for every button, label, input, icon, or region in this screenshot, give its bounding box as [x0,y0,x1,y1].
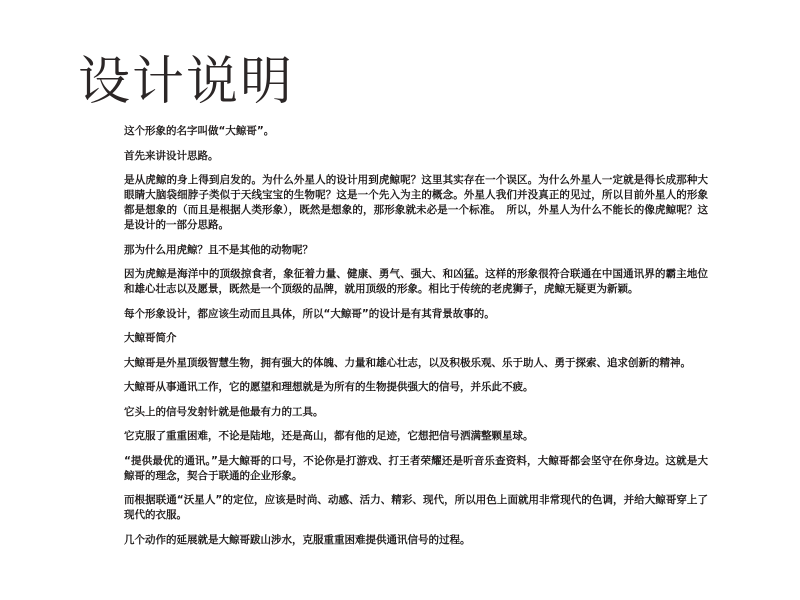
paragraph-slogan: “提供最优的通讯。”是大鲸哥的口号，不论你是打游戏、打王者荣耀还是听音乐查资料，… [124,454,708,484]
paragraph-signal-antenna: 它头上的信号发射针就是他最有力的工具。 [124,405,708,420]
section-heading-profile: 大鲸哥简介 [124,331,708,346]
paragraph-profile-description: 大鲸哥是外星顶级智慧生物，拥有强大的体魄、力量和雄心壮志，以及积极乐观、乐于助人… [124,356,708,371]
paragraph-why-orca-answer: 因为虎鲸是海洋中的顶级掠食者，象征着力量、健康、勇气、强大、和凶猛。这样的形象很… [124,267,708,297]
paragraph-name-intro: 这个形象的名字叫做“大鲸哥”。 [124,124,708,139]
paragraph-communication-work: 大鲸哥从事通讯工作，它的愿望和理想就是为所有的生物提供强大的信号，并乐此不疲。 [124,380,708,395]
paragraph-orca-inspiration: 是从虎鲸的身上得到启发的。为什么外星人的设计用到虎鲸呢？这里其实存在一个误区。为… [124,173,708,233]
page-title: 设计说明 [78,50,294,114]
paragraph-color-positioning: 而根据联通“沃星人”的定位，应该是时尚、动感、活力、精彩、现代，所以用色上面就用… [124,493,708,523]
document-body: 这个形象的名字叫做“大鲸哥”。 首先来讲设计思路。 是从虎鲸的身上得到启发的。为… [124,124,708,557]
paragraph-design-idea-heading: 首先来讲设计思路。 [124,149,708,164]
paragraph-action-extensions: 几个动作的延展就是大鲸哥跋山涉水，克服重重困难提供通讯信号的过程。 [124,533,708,548]
paragraph-why-orca-question: 那为什么用虎鲸？且不是其他的动物呢？ [124,243,708,258]
paragraph-overcoming-difficulties: 它克服了重重困难，不论是陆地，还是高山，都有他的足迹，它想把信号洒满整颗星球。 [124,429,708,444]
paragraph-background-story: 每个形象设计，都应该生动而且具体，所以“大鲸哥”的设计是有其背景故事的。 [124,307,708,322]
